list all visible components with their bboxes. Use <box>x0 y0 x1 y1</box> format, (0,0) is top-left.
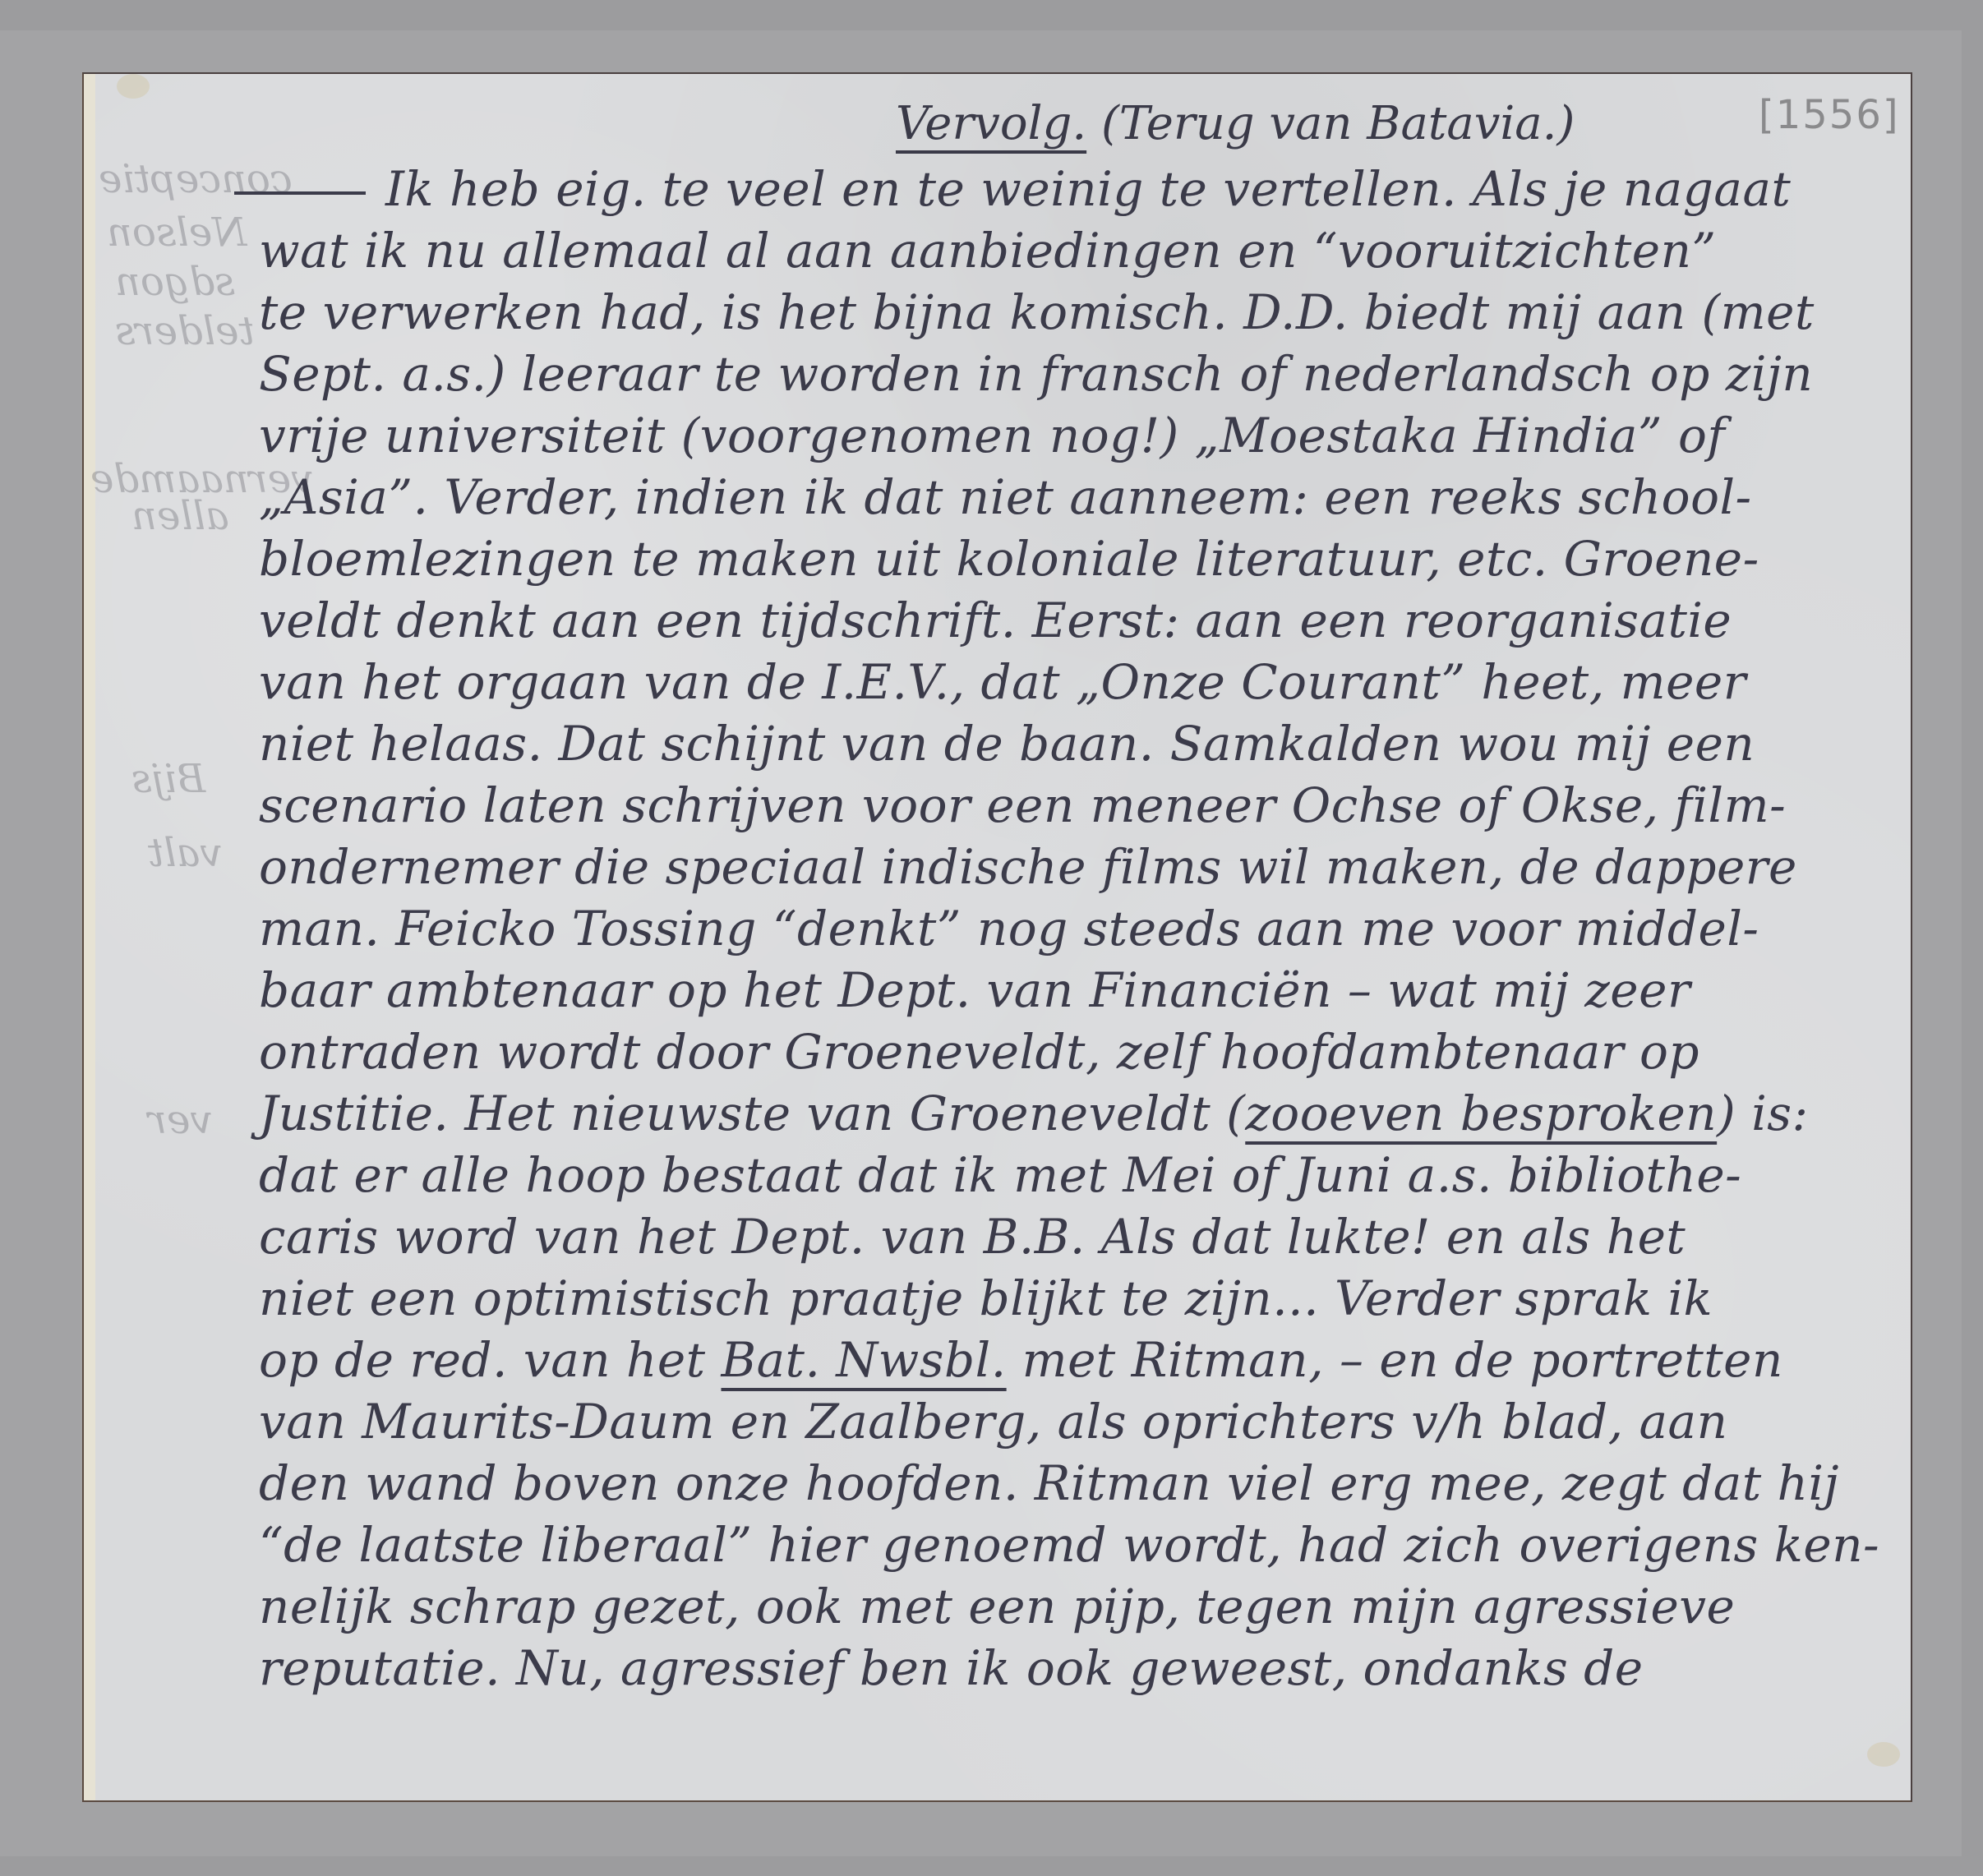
bleed-through-text: sdgon <box>115 259 235 305</box>
text-line: op de red. van het Bat. Nwsbl. met Ritma… <box>259 1332 1783 1388</box>
heading-subtitle: (Terug van Batavia.) <box>1101 97 1575 150</box>
archive-page-number: [1556] <box>1759 92 1900 138</box>
text-line: den wand boven onze hoofden. Ritman viel… <box>259 1455 1839 1511</box>
text-line: Ik heb eig. te veel en te weinig te vert… <box>259 161 1791 217</box>
text-line: bloemlezingen te maken uit koloniale lit… <box>259 531 1759 587</box>
bleed-through-text: Bijs <box>131 756 205 802</box>
text-line: vrije universiteit (voorgenomen nog!) „M… <box>259 408 1725 463</box>
paper-edge <box>84 74 95 1800</box>
letter-heading: Vervolg. (Terug van Batavia.) <box>896 97 1575 150</box>
text-line: van Maurits-Daum en Zaalberg, als oprich… <box>259 1394 1728 1450</box>
text-line: scenario laten schrijven voor een meneer… <box>259 777 1786 833</box>
bleed-through-text: allen <box>131 493 229 539</box>
text-line: „Asia”. Verder, indien ik dat niet aanne… <box>259 469 1752 525</box>
underlined-phrase: zooeven besproken <box>1245 1085 1717 1141</box>
text-line: nelijk schrap gezet, ook met een pijp, t… <box>259 1579 1735 1634</box>
indent-dash <box>234 191 366 195</box>
bleed-through-text: ver <box>148 1097 212 1143</box>
text-line: reputatie. Nu, agressief ben ik ook gewe… <box>259 1640 1644 1696</box>
paper-stain <box>117 74 150 99</box>
bleed-through-text: telders <box>115 308 255 354</box>
text-line: niet een optimistisch praatje blijkt te … <box>259 1270 1713 1326</box>
text-line: ondernemer die speciaal indische films w… <box>259 839 1797 895</box>
text-line: wat ik nu allemaal al aan aanbiedingen e… <box>259 223 1717 279</box>
text-line: te verwerken had, is het bijna komisch. … <box>259 284 1815 340</box>
text-line: veldt denkt aan een tijdschrift. Eerst: … <box>259 592 1732 648</box>
text-line: caris word van het Dept. van B.B. Als da… <box>259 1209 1686 1265</box>
bleed-through-text: valt <box>148 830 222 876</box>
text-line: niet helaas. Dat schijnt van de baan. Sa… <box>259 716 1755 772</box>
text-line: baar ambtenaar op het Dept. van Financië… <box>259 962 1690 1018</box>
heading-continued: Vervolg. <box>896 97 1086 150</box>
underlined-newspaper-name: Bat. Nwsbl. <box>721 1332 1006 1388</box>
text-line: dat er alle hoop bestaat dat ik met Mei … <box>259 1147 1741 1203</box>
text-line: ontraden wordt door Groeneveldt, zelf ho… <box>259 1024 1699 1080</box>
text-line: man. Feicko Tossing “denkt” nog steeds a… <box>259 901 1759 956</box>
text-line: van het orgaan van de I.E.V., dat „Onze … <box>259 654 1746 710</box>
text-line: Justitie. Het nieuwste van Groeneveldt (… <box>259 1085 1809 1141</box>
bleed-through-text: Nelson <box>107 210 247 256</box>
paper-stain <box>1867 1742 1900 1767</box>
text-line: Sept. a.s.) leeraar te worden in fransch… <box>259 346 1813 402</box>
text-line: “de laatste liberaal” hier genoemd wordt… <box>259 1517 1879 1573</box>
